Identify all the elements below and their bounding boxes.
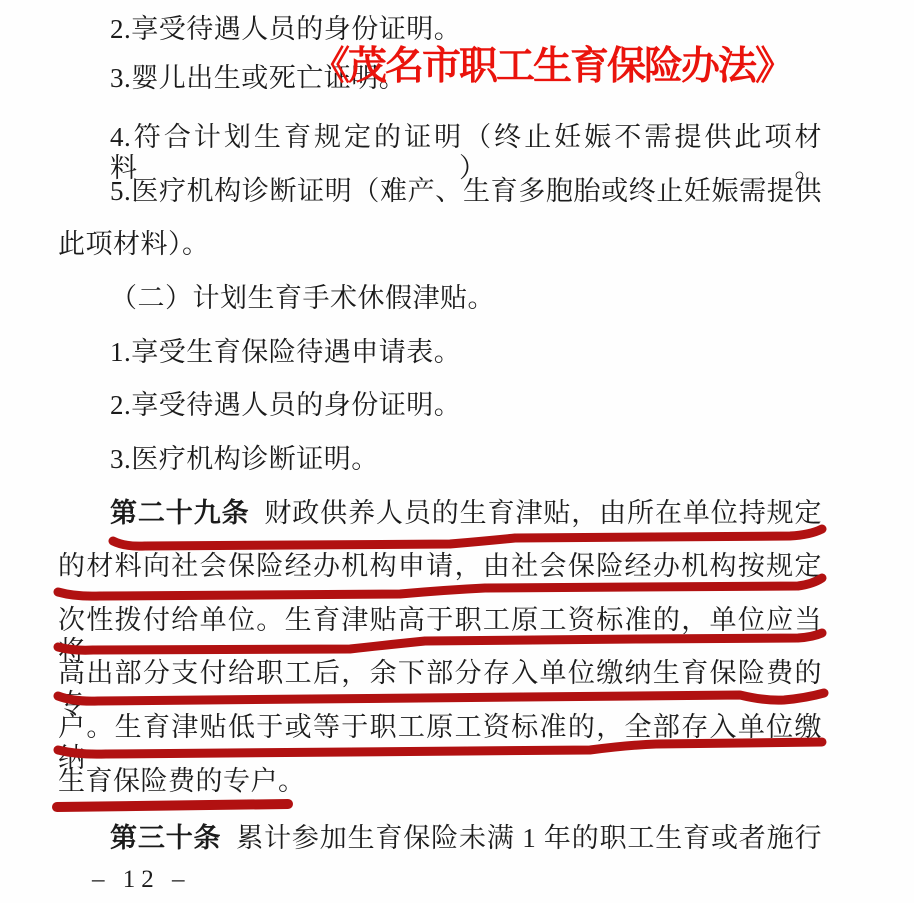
document-line-article-29: 第二十九条财政供养人员的生育津贴，由所在单位持规定 [58, 498, 822, 532]
document-line: 此项材料）。 [58, 229, 822, 263]
red-underline [58, 693, 824, 701]
red-underline [57, 804, 288, 807]
document-page: 2.享受待遇人员的身份证明。 3.婴儿出生或死亡证明。 4.符合计划生育规定的证… [0, 0, 914, 903]
article-number: 第二十九条 [110, 498, 250, 528]
article-text: 财政供养人员的生育津贴，由所在单位持规定 [264, 498, 822, 528]
page-number: – 12 – [92, 866, 191, 894]
document-line: 高出部分支付给职工后，余下部分存入单位缴纳生育保险费的专 [58, 658, 822, 692]
document-line: 户。生育津贴低于或等于职工原工资标准的，全部存入单位缴纳 [58, 712, 822, 746]
document-line: 的材料向社会保险经办机构申请，由社会保险经办机构按规定一 [58, 551, 822, 585]
document-line: 3.婴儿出生或死亡证明。 [58, 63, 822, 97]
document-line: 3.医疗机构诊断证明。 [58, 444, 822, 478]
document-line: （二）计划生育手术休假津贴。 [58, 283, 822, 317]
document-line: 生育保险费的专户。 [58, 766, 822, 800]
document-line: 1.享受生育保险待遇申请表。 [58, 337, 822, 371]
article-number: 第三十条 [110, 823, 221, 853]
article-text: 累计参加生育保险未满 1 年的职工生育或者施行 [236, 823, 822, 853]
document-line: 次性拨付给单位。生育津贴高于职工原工资标准的，单位应当将 [58, 605, 822, 639]
document-line: 4.符合计划生育规定的证明（终止妊娠不需提供此项材料）。 [58, 122, 822, 156]
document-line: 2.享受待遇人员的身份证明。 [58, 14, 822, 48]
document-line: 2.享受待遇人员的身份证明。 [58, 390, 822, 424]
document-line-article-30: 第三十条累计参加生育保险未满 1 年的职工生育或者施行 [58, 823, 822, 857]
document-line: 5.医疗机构诊断证明（难产、生育多胞胎或终止妊娠需提供 [58, 176, 822, 210]
